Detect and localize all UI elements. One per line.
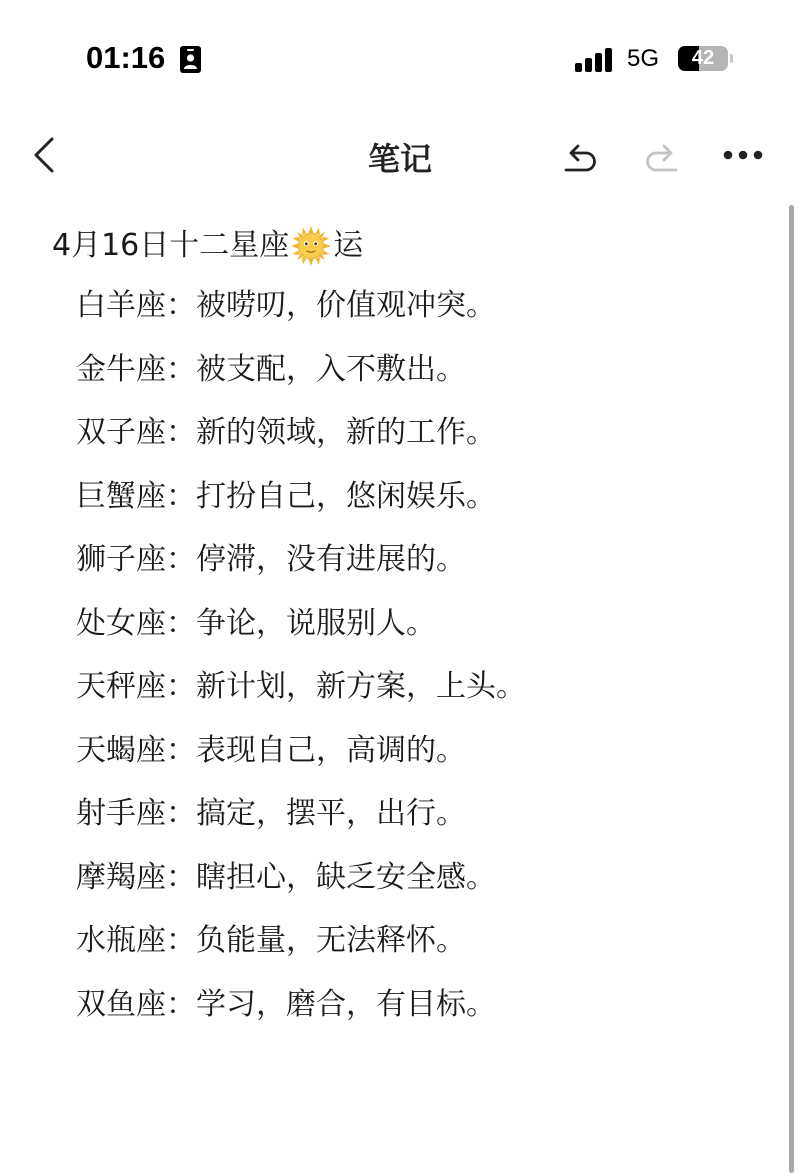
list-item: 射手座：搞定，摆平，出行。 bbox=[76, 782, 780, 846]
list-item: 双子座：新的领域，新的工作。 bbox=[76, 401, 780, 465]
separator: ： bbox=[166, 606, 196, 641]
zodiac-sign: 射手座 bbox=[76, 796, 166, 831]
note-title-suffix: 运 bbox=[333, 218, 363, 274]
fortune-text: 表现自己，高调的。 bbox=[196, 733, 466, 768]
status-bar: 01:16 5G 42 bbox=[0, 0, 800, 110]
redo-icon[interactable] bbox=[640, 134, 680, 178]
zodiac-sign: 天蝎座 bbox=[76, 733, 166, 768]
separator: ： bbox=[166, 987, 196, 1022]
sun-with-face-icon bbox=[291, 226, 331, 266]
separator: ： bbox=[166, 796, 196, 831]
zodiac-sign: 双子座 bbox=[76, 415, 166, 450]
list-item: 白羊座：被唠叨，价值观冲突。 bbox=[76, 274, 780, 338]
zodiac-sign: 双鱼座 bbox=[76, 987, 166, 1022]
fortune-text: 停滞，没有进展的。 bbox=[196, 542, 466, 577]
zodiac-sign: 白羊座 bbox=[76, 288, 166, 323]
list-item: 双鱼座：学习，磨合，有目标。 bbox=[76, 973, 780, 1037]
separator: ： bbox=[166, 733, 196, 768]
separator: ： bbox=[166, 352, 196, 387]
vertical-scrollbar[interactable] bbox=[789, 205, 794, 1173]
list-item: 金牛座：被支配，入不敷出。 bbox=[76, 338, 780, 402]
note-title-text: 4月16日十二星座 bbox=[52, 218, 289, 274]
list-item: 天秤座：新计划，新方案，上头。 bbox=[76, 655, 780, 719]
fortune-text: 负能量，无法释怀。 bbox=[196, 923, 466, 958]
separator: ： bbox=[166, 288, 196, 323]
separator: ： bbox=[166, 542, 196, 577]
fortune-text: 打扮自己，悠闲娱乐。 bbox=[196, 479, 496, 514]
battery-tip bbox=[730, 54, 733, 63]
zodiac-sign: 处女座 bbox=[76, 606, 166, 641]
horoscope-list: 白羊座：被唠叨，价值观冲突。 金牛座：被支配，入不敷出。 双子座：新的领域，新的… bbox=[76, 274, 780, 1036]
list-item: 天蝎座：表现自己，高调的。 bbox=[76, 719, 780, 783]
note-title: 4月16日十二星座 bbox=[52, 218, 780, 274]
more-options-icon[interactable] bbox=[722, 146, 764, 165]
zodiac-sign: 天秤座 bbox=[76, 669, 166, 704]
clock-time: 01:16 bbox=[86, 40, 165, 76]
undo-icon[interactable] bbox=[562, 134, 602, 178]
separator: ： bbox=[166, 860, 196, 895]
battery-level: 42 bbox=[678, 46, 728, 71]
separator: ： bbox=[166, 669, 196, 704]
separator: ： bbox=[166, 923, 196, 958]
zodiac-sign: 摩羯座 bbox=[76, 860, 166, 895]
zodiac-sign: 狮子座 bbox=[76, 542, 166, 577]
network-type: 5G bbox=[627, 45, 659, 73]
list-item: 处女座：争论，说服别人。 bbox=[76, 592, 780, 656]
fortune-text: 新的领域，新的工作。 bbox=[196, 415, 496, 450]
nav-bar: 笔记 bbox=[0, 120, 800, 190]
zodiac-sign: 巨蟹座 bbox=[76, 479, 166, 514]
zodiac-sign: 水瓶座 bbox=[76, 923, 166, 958]
list-item: 摩羯座：瞎担心，缺乏安全感。 bbox=[76, 846, 780, 910]
list-item: 狮子座：停滞，没有进展的。 bbox=[76, 528, 780, 592]
note-content[interactable]: 4月16日十二星座 bbox=[52, 218, 780, 1036]
list-item: 水瓶座：负能量，无法释怀。 bbox=[76, 909, 780, 973]
fortune-text: 被唠叨，价值观冲突。 bbox=[196, 288, 496, 323]
zodiac-sign: 金牛座 bbox=[76, 352, 166, 387]
fortune-text: 被支配，入不敷出。 bbox=[196, 352, 466, 387]
fortune-text: 新计划，新方案，上头。 bbox=[196, 669, 526, 704]
fortune-text: 学习，磨合，有目标。 bbox=[196, 987, 496, 1022]
fortune-text: 搞定，摆平，出行。 bbox=[196, 796, 466, 831]
separator: ： bbox=[166, 479, 196, 514]
fortune-text: 瞎担心，缺乏安全感。 bbox=[196, 860, 496, 895]
contact-card-icon bbox=[180, 46, 201, 77]
separator: ： bbox=[166, 415, 196, 450]
cellular-signal-icon bbox=[575, 48, 615, 76]
battery-icon: 42 bbox=[678, 46, 728, 71]
fortune-text: 争论，说服别人。 bbox=[196, 606, 436, 641]
page-title: 笔记 bbox=[0, 134, 800, 180]
list-item: 巨蟹座：打扮自己，悠闲娱乐。 bbox=[76, 465, 780, 529]
